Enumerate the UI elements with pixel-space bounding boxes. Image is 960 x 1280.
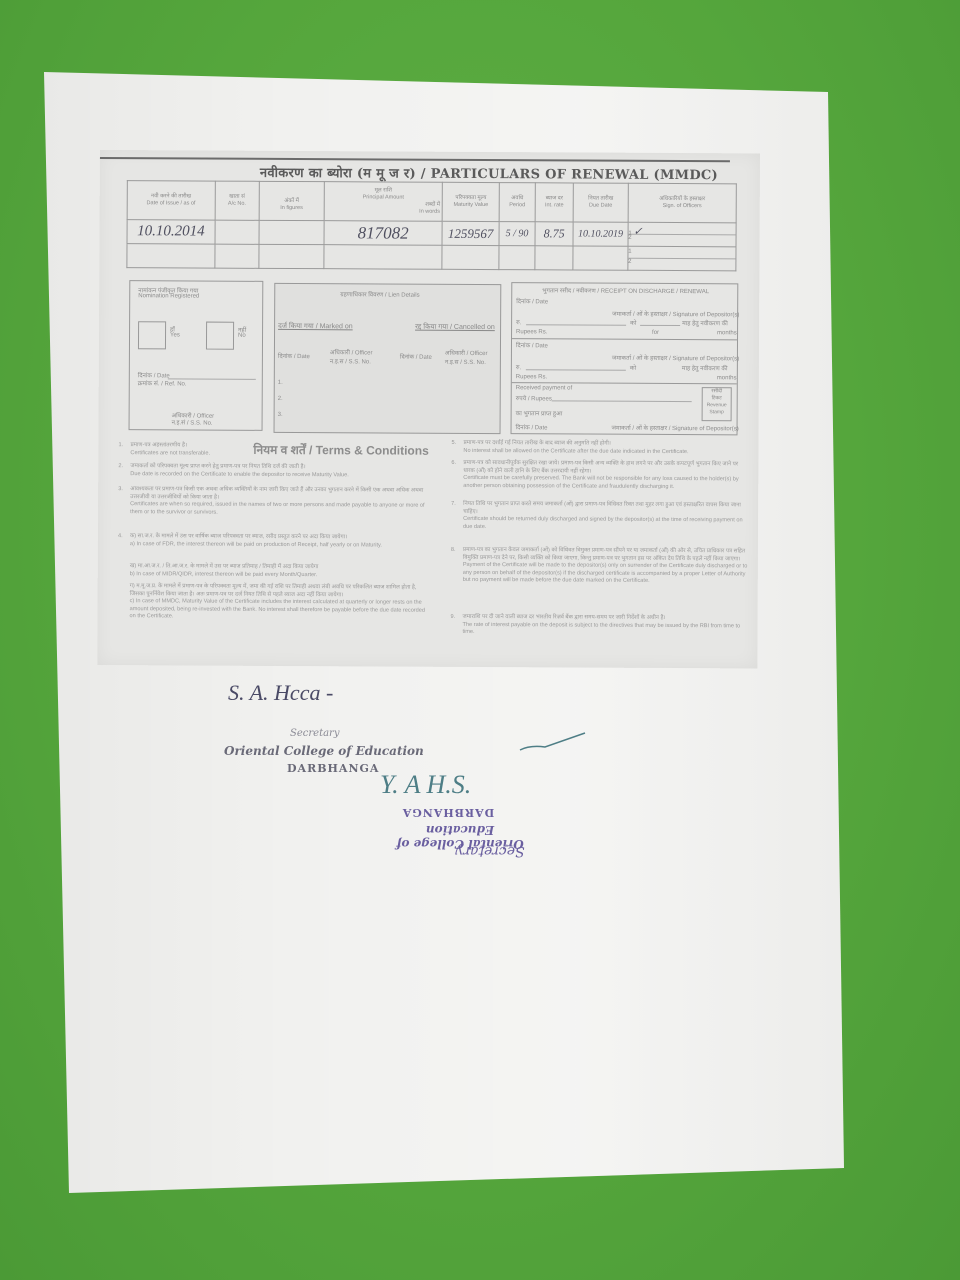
- col-in-figures: अंकों मेंIn figures: [259, 181, 324, 220]
- col-date-of-issue: नवी करने की तारीखDate of Issue / as of: [127, 181, 215, 220]
- cell-in-figures: [259, 220, 324, 244]
- sign-line-2: 2: [628, 235, 735, 245]
- receipt-rupees-1: Rupees Rs.: [516, 329, 547, 335]
- receipt-date-1: दिनांक / Date: [516, 297, 548, 305]
- receipt-received-payment: Received payment of: [516, 385, 572, 391]
- term-4b: ख) मा.आ.ज.र. / ति.आ.ज.र. के मामले में उस…: [130, 563, 430, 580]
- receipt-rs-2: रु.: [516, 363, 521, 371]
- lien-ss-2: न.इ.स / S.S. No.: [445, 358, 486, 366]
- lien-row-1: 1.: [278, 380, 283, 386]
- col-ac-no: खाता संA/c No.: [215, 181, 260, 220]
- receipt-for-1: को: [630, 319, 636, 327]
- nomination-ss-label: न.इ.सं / S.S. No.: [172, 418, 213, 426]
- receipt-renewal-1: माह हेतु नवीकरण की: [682, 319, 728, 327]
- yes-label-en: Yes: [170, 332, 180, 338]
- lien-row-2: 2.: [278, 396, 283, 402]
- stamp-secretary: Secretary: [290, 728, 339, 739]
- term-7: 7.नियत तिथि पर भुगतान प्राप्त करते समय ज…: [463, 501, 748, 532]
- nomination-no-checkbox[interactable]: [206, 322, 234, 350]
- stamp-city: DARBHANGA: [287, 762, 379, 775]
- receipt-box: भुगतान रसीद / नवीकरण / RECEIPT ON DISCHA…: [511, 282, 739, 435]
- receipt-rs-1: रु.: [516, 318, 521, 326]
- cell-principal-amount: 817082: [324, 221, 443, 246]
- term-6: 6.प्रमाण-पत्र को सावधानीपूर्वक सुरक्षित …: [463, 460, 748, 491]
- stamp-inverted-city: DARBHANGA: [388, 806, 508, 819]
- cell-period: 5 / 90: [499, 222, 535, 246]
- term-3: 3.आवश्यकता पर प्रमाण-पत्र किसी एक अथवा अ…: [130, 486, 430, 518]
- cell-date-of-issue: 10.10.2014: [127, 220, 215, 244]
- receipt-payment-received: का भुगतान प्राप्त हुआ: [516, 409, 563, 417]
- no-label-en: No: [238, 333, 246, 339]
- nomination-ref-label: क्रमांक सं. / Ref. No.: [138, 379, 187, 387]
- lien-marked-on: दर्ज किया गया / Marked on: [278, 322, 353, 331]
- cell-period: [499, 246, 535, 270]
- lien-officer-1: अधिकारी / Officer: [330, 348, 373, 356]
- col-principal-amount: मूल राशिPrincipal Amountशब्दों मेंIn wor…: [324, 182, 443, 222]
- cell-maturity-value: [442, 245, 499, 269]
- receipt-divider: [512, 338, 737, 340]
- sign-line-2: 2: [628, 259, 735, 269]
- renewal-header-row: नवी करने की तारीखDate of Issue / as of ख…: [127, 181, 736, 223]
- cell-int-rate: [535, 246, 573, 270]
- term-2: 2.जमाकर्ता को परिपक्वता मूल्य प्राप्त कर…: [130, 463, 430, 480]
- term-9: 9.जमाराशि पर दी जाने वाली ब्याज दर भारती…: [462, 614, 747, 638]
- col-period: अवधिPeriod: [499, 183, 535, 222]
- receipt-line: [526, 324, 626, 326]
- handwritten-signature-2: Y. A H.S.: [380, 770, 471, 800]
- receipt-date-3: दिनांक / Date: [516, 423, 548, 431]
- lien-row-3: 3.: [278, 412, 283, 418]
- cell-due-date: 10.10.2019: [573, 222, 628, 246]
- nomination-yes-checkbox[interactable]: [138, 321, 166, 349]
- renewal-title: नवीकरण का ब्योरा (म मू ज र) / PARTICULAR…: [260, 163, 718, 183]
- term-4a: 4.क) सा.ज.र. के मामले में उस पर वार्षिक …: [130, 533, 430, 550]
- term-5: 5.प्रमाण-पत्र पर दर्शाई गई नियत तारीख के…: [463, 440, 748, 456]
- receipt-for-2: को: [630, 364, 636, 372]
- col-int-rate: ब्याज दरInt. rate: [535, 183, 573, 222]
- renewal-table: नवी करने की तारीखDate of Issue / as of ख…: [126, 180, 736, 271]
- lien-details-box: ग्रहणाधिकार विवरण / Lien Details दर्ज कि…: [274, 283, 502, 434]
- term-4c: ग) म.मू.ज.प्र. के मामले में प्रमाण-पत्र …: [130, 583, 430, 622]
- revenue-stamp-box: रसीदीटिकटRevenueStamp: [702, 387, 732, 421]
- top-rule: [100, 157, 730, 162]
- photocopied-certificate: नवीकरण का ब्योरा (म मू ज र) / PARTICULAR…: [97, 150, 760, 668]
- term-8: 8.प्रमाण-पत्र का भुगतान केवल जमाकर्ता (ओ…: [463, 547, 748, 586]
- receipt-line: [552, 400, 692, 402]
- col-maturity-value: परिपक्वता मूल्यMaturity Value: [442, 182, 499, 221]
- receipt-months-2: months: [717, 375, 737, 381]
- lien-date-2: दिनांक / Date: [400, 353, 432, 361]
- receipt-divider: [512, 382, 737, 384]
- cell-sign-officers: 1 2: [628, 246, 736, 271]
- sign-line-1: 1: [628, 249, 735, 260]
- col-sign-officers: अधिकारियों के हस्ताक्षरSign. of Officers: [628, 183, 736, 223]
- receipt-months-1: months: [717, 330, 737, 336]
- receipt-date-2: दिनांक / Date: [516, 341, 548, 349]
- receipt-line: [640, 325, 680, 326]
- receipt-title: भुगतान रसीद / नवीकरण / RECEIPT ON DISCHA…: [542, 286, 709, 295]
- handwritten-signature-1: S. A. Hcca -: [228, 680, 333, 706]
- cell-maturity-value: 1259567: [442, 221, 499, 245]
- cell-sign-officers: 1 ✓ 2: [628, 222, 736, 247]
- cell-ac-no: [214, 244, 258, 268]
- cell-principal-amount: [324, 245, 443, 270]
- receipt-rupees-hi: रुपये / Rupees: [516, 394, 552, 402]
- cell-in-figures: [259, 244, 324, 268]
- lien-cancelled-on: रद्द किया गया / Cancelled on: [415, 323, 495, 332]
- receipt-line: [526, 369, 626, 371]
- cell-due-date: [573, 246, 628, 270]
- sign-line-1: 1 ✓: [628, 225, 735, 236]
- lien-officer-2: अधिकारी / Officer: [445, 349, 488, 357]
- table-row: 1 2: [127, 244, 736, 271]
- lien-date-1: दिनांक / Date: [278, 352, 310, 360]
- receipt-rupees-2: Rupees Rs.: [516, 374, 547, 380]
- receipt-signature-3: जमाकर्ता / ओं के हस्ताक्षर / Signature o…: [612, 424, 739, 433]
- cell-int-rate: 8.75: [535, 222, 573, 246]
- receipt-renewal-2: माह हेतु नवीकरण की: [682, 364, 728, 372]
- cell-ac-no: [215, 220, 259, 244]
- lien-ss-1: न.इ.स / S.S. No.: [330, 357, 371, 365]
- receipt-for-en-1: for: [652, 330, 659, 336]
- lien-title: ग्रहणाधिकार विवरण / Lien Details: [340, 290, 419, 298]
- nomination-date-label: दिनांक / Date: [138, 371, 170, 379]
- term-1: 1.प्रमाण-पत्र अहस्तांतरणीय है।Certificat…: [130, 442, 430, 459]
- nomination-box: नामांकन पंजीकृत किया गया Nomination Regi…: [129, 280, 264, 431]
- col-due-date: नियत तारीखDue Date: [573, 183, 628, 222]
- cell-date-of-issue: [127, 244, 215, 268]
- table-row: 10.10.2014 817082 1259567 5 / 90 8.75 10…: [127, 220, 736, 247]
- nomination-title-en: Nomination Registered: [138, 293, 199, 299]
- receipt-signature-2: जमाकर्ता / ओं के हस्ताक्षर / Signature o…: [612, 354, 739, 363]
- receipt-signature-1: जमाकर्ता / ओं के हस्ताक्षर / Signature o…: [612, 310, 739, 319]
- stamp-inverted-secretary: Secretary: [445, 843, 535, 859]
